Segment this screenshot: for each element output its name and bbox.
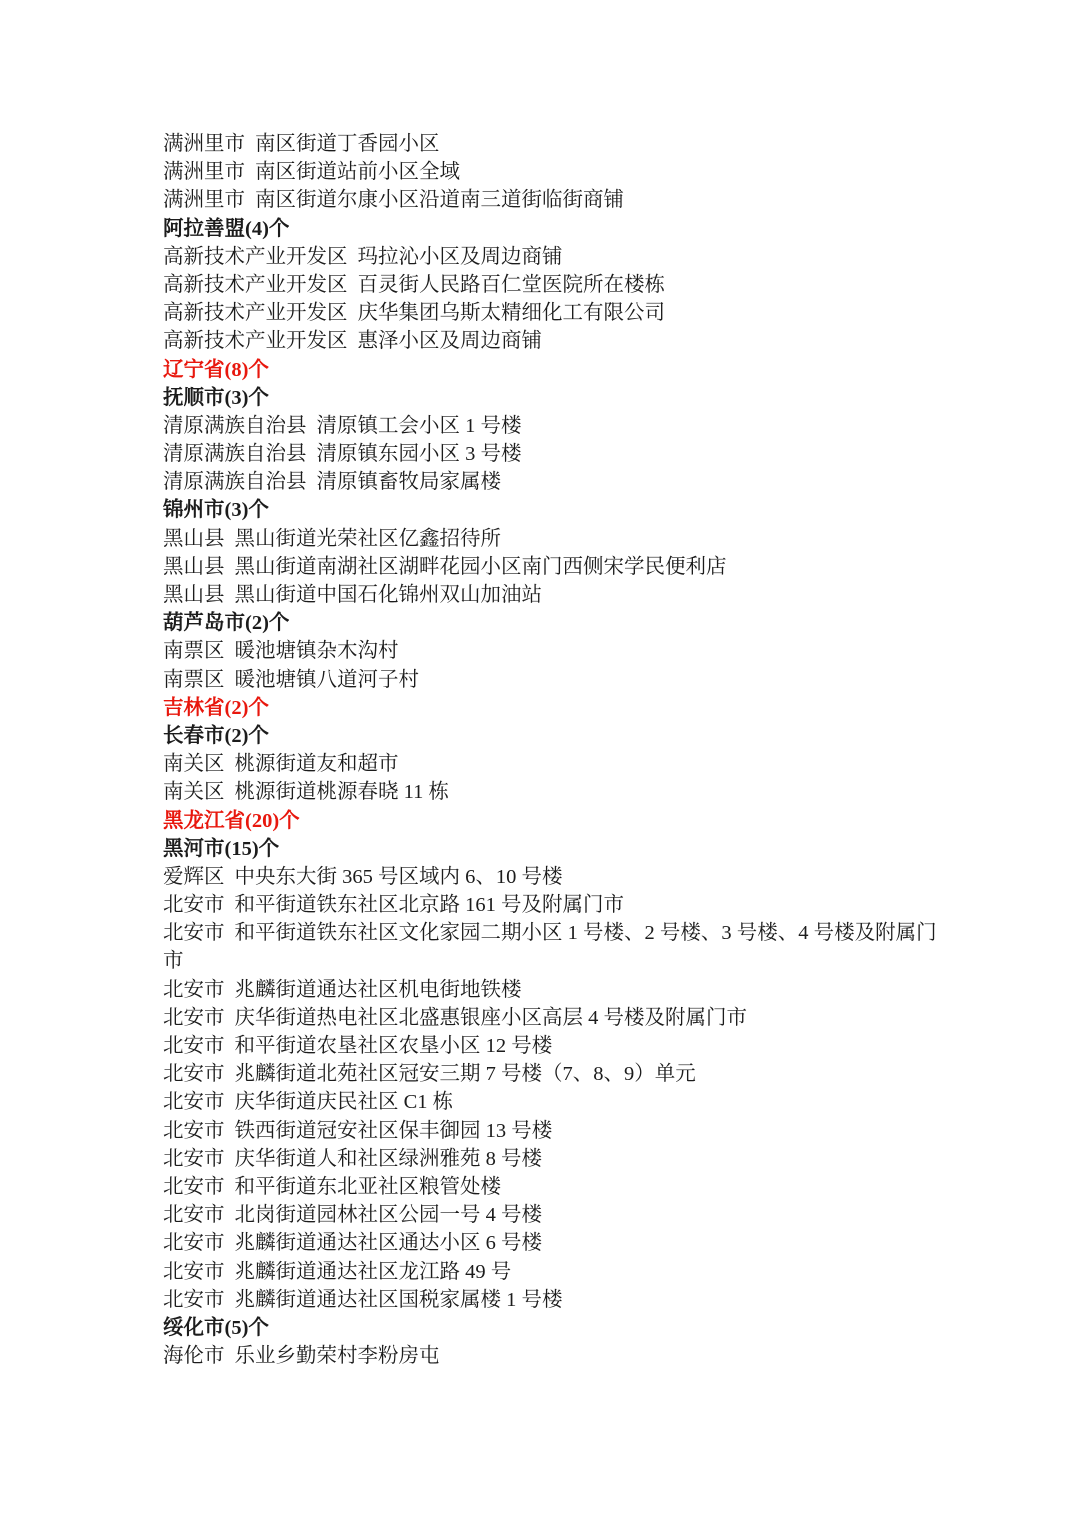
place-label: 庆华街道热电社区北盛惠银座小区高层 4 号楼及附属门市 [235,1007,748,1029]
province-header: 吉林省(2)个 [163,694,963,722]
region-label: 高新技术产业开发区 [163,274,348,296]
list-item: 高新技术产业开发区玛拉沁小区及周边商铺 [163,243,963,271]
list-item: 北安市兆麟街道通达社区国税家属楼 1 号楼 [163,1286,963,1314]
place-label: 兆麟街道通达社区通达小区 6 号楼 [235,1232,543,1254]
place-label: 和平街道东北亚社区粮管处楼 [235,1176,502,1198]
list-item: 南关区桃源街道桃源春晓 11 栋 [163,778,963,806]
list-item: 清原满族自治县清原镇东园小区 3 号楼 [163,440,963,468]
place-label: 黑山街道中国石化锦州双山加油站 [235,584,543,606]
city-header: 绥化市(5)个 [163,1314,963,1342]
region-label: 北安市 [163,979,225,1001]
place-label: 和平街道农垦社区农垦小区 12 号楼 [235,1035,553,1057]
place-label: 和平街道铁东社区北京路 161 号及附属门市 [235,894,625,916]
list-item: 高新技术产业开发区惠泽小区及周边商铺 [163,327,963,355]
list-item: 北安市和平街道铁东社区北京路 161 号及附属门市 [163,891,963,919]
place-label: 黑山街道南湖社区湖畔花园小区南门西侧宋学民便利店 [235,556,727,578]
list-item: 北安市庆华街道热电社区北盛惠银座小区高层 4 号楼及附属门市 [163,1004,963,1032]
place-label: 兆麟街道北苑社区冠安三期 7 号楼（7、8、9）单元 [235,1063,696,1085]
region-label: 南关区 [163,781,225,803]
place-label: 惠泽小区及周边商铺 [358,330,543,352]
place-label: 和平街道铁东社区文化家园二期小区 1 号楼、2 号楼、3 号楼、4 号楼及附属门 [235,922,937,944]
region-label: 北安市 [163,1063,225,1085]
region-label: 满洲里市 [163,161,245,183]
region-label: 北安市 [163,1035,225,1057]
region-label: 北安市 [163,1289,225,1311]
city-header: 抚顺市(3)个 [163,384,963,412]
list-item: 北安市铁西街道冠安社区保丰御园 13 号楼 [163,1117,963,1145]
wrapped-line-continuation: 市 [163,947,963,975]
place-label: 庆华街道人和社区绿洲雅苑 8 号楼 [235,1148,543,1170]
list-item: 北安市北岗街道园林社区公园一号 4 号楼 [163,1201,963,1229]
region-label: 北安市 [163,1148,225,1170]
region-label: 高新技术产业开发区 [163,302,348,324]
region-label: 海伦市 [163,1345,225,1367]
region-label: 北安市 [163,894,225,916]
region-label: 黑山县 [163,556,225,578]
region-label: 满洲里市 [163,133,245,155]
city-header: 葫芦岛市(2)个 [163,609,963,637]
region-label: 北安市 [163,1007,225,1029]
place-label: 南区街道站前小区全域 [255,161,460,183]
list-item: 北安市庆华街道人和社区绿洲雅苑 8 号楼 [163,1145,963,1173]
place-label: 清原镇东园小区 3 号楼 [317,443,522,465]
city-header: 黑河市(15)个 [163,835,963,863]
list-item: 北安市兆麟街道通达社区通达小区 6 号楼 [163,1229,963,1257]
city-header: 长春市(2)个 [163,722,963,750]
region-label: 北安市 [163,1204,225,1226]
place-label: 铁西街道冠安社区保丰御园 13 号楼 [235,1120,553,1142]
list-item: 北安市兆麟街道通达社区龙江路 49 号 [163,1258,963,1286]
place-label: 桃源街道桃源春晓 11 栋 [235,781,450,803]
document-lines: 满洲里市南区街道丁香园小区满洲里市南区街道站前小区全域满洲里市南区街道尔康小区沿… [163,130,963,1370]
list-item: 满洲里市南区街道尔康小区沿道南三道街临街商铺 [163,186,963,214]
list-item: 满洲里市南区街道丁香园小区 [163,130,963,158]
region-label: 南关区 [163,753,225,775]
list-item: 高新技术产业开发区庆华集团乌斯太精细化工有限公司 [163,299,963,327]
list-item: 北安市和平街道农垦社区农垦小区 12 号楼 [163,1032,963,1060]
place-label: 乐业乡勤荣村李粉房屯 [235,1345,440,1367]
place-label: 清原镇工会小区 1 号楼 [317,415,522,437]
list-item: 高新技术产业开发区百灵街人民路百仁堂医院所在楼栋 [163,271,963,299]
list-item: 黑山县黑山街道中国石化锦州双山加油站 [163,581,963,609]
list-item: 南关区桃源街道友和超市 [163,750,963,778]
province-header: 黑龙江省(20)个 [163,807,963,835]
place-label: 南区街道尔康小区沿道南三道街临街商铺 [255,189,624,211]
place-label: 玛拉沁小区及周边商铺 [358,246,563,268]
place-label: 百灵街人民路百仁堂医院所在楼栋 [358,274,666,296]
region-label: 黑山县 [163,584,225,606]
region-label: 南票区 [163,640,225,662]
place-label: 黑山街道光荣社区亿鑫招待所 [235,528,502,550]
region-label: 北安市 [163,1232,225,1254]
region-label: 满洲里市 [163,189,245,211]
list-item: 北安市兆麟街道北苑社区冠安三期 7 号楼（7、8、9）单元 [163,1060,963,1088]
place-label: 中央东大街 365 号区域内 6、10 号楼 [235,866,563,888]
region-label: 北安市 [163,922,225,944]
list-item: 清原满族自治县清原镇工会小区 1 号楼 [163,412,963,440]
list-item: 北安市庆华街道庆民社区 C1 栋 [163,1088,963,1116]
place-label: 暖池塘镇八道河子村 [235,669,420,691]
place-label: 北岗街道园林社区公园一号 4 号楼 [235,1204,543,1226]
city-header: 锦州市(3)个 [163,496,963,524]
list-item: 爱辉区中央东大街 365 号区域内 6、10 号楼 [163,863,963,891]
list-item: 北安市兆麟街道通达社区机电街地铁楼 [163,976,963,1004]
place-label: 暖池塘镇杂木沟村 [235,640,399,662]
region-label: 南票区 [163,669,225,691]
list-item: 北安市和平街道东北亚社区粮管处楼 [163,1173,963,1201]
region-label: 北安市 [163,1120,225,1142]
region-label: 北安市 [163,1091,225,1113]
region-label: 北安市 [163,1176,225,1198]
place-label: 庆华街道庆民社区 C1 栋 [235,1091,454,1113]
list-item: 清原满族自治县清原镇畜牧局家属楼 [163,468,963,496]
region-label: 高新技术产业开发区 [163,330,348,352]
region-label: 清原满族自治县 [163,415,307,437]
place-label: 兆麟街道通达社区国税家属楼 1 号楼 [235,1289,563,1311]
list-item: 北安市和平街道铁东社区文化家园二期小区 1 号楼、2 号楼、3 号楼、4 号楼及… [163,919,963,947]
list-item: 南票区暖池塘镇杂木沟村 [163,637,963,665]
place-label: 桃源街道友和超市 [235,753,399,775]
province-header: 辽宁省(8)个 [163,356,963,384]
list-item: 海伦市乐业乡勤荣村李粉房屯 [163,1342,963,1370]
region-label: 北安市 [163,1261,225,1283]
region-label: 清原满族自治县 [163,471,307,493]
list-item: 满洲里市南区街道站前小区全域 [163,158,963,186]
place-label: 庆华集团乌斯太精细化工有限公司 [358,302,666,324]
region-label: 爱辉区 [163,866,225,888]
place-label: 兆麟街道通达社区机电街地铁楼 [235,979,522,1001]
place-label: 清原镇畜牧局家属楼 [317,471,502,493]
list-item: 黑山县黑山街道南湖社区湖畔花园小区南门西侧宋学民便利店 [163,553,963,581]
document-page: 满洲里市南区街道丁香园小区满洲里市南区街道站前小区全域满洲里市南区街道尔康小区沿… [0,0,1080,1526]
place-label: 兆麟街道通达社区龙江路 49 号 [235,1261,512,1283]
region-label: 高新技术产业开发区 [163,246,348,268]
region-label: 黑山县 [163,528,225,550]
region-label: 清原满族自治县 [163,443,307,465]
city-header: 阿拉善盟(4)个 [163,215,963,243]
place-label: 南区街道丁香园小区 [255,133,440,155]
list-item: 黑山县黑山街道光荣社区亿鑫招待所 [163,525,963,553]
list-item: 南票区暖池塘镇八道河子村 [163,666,963,694]
